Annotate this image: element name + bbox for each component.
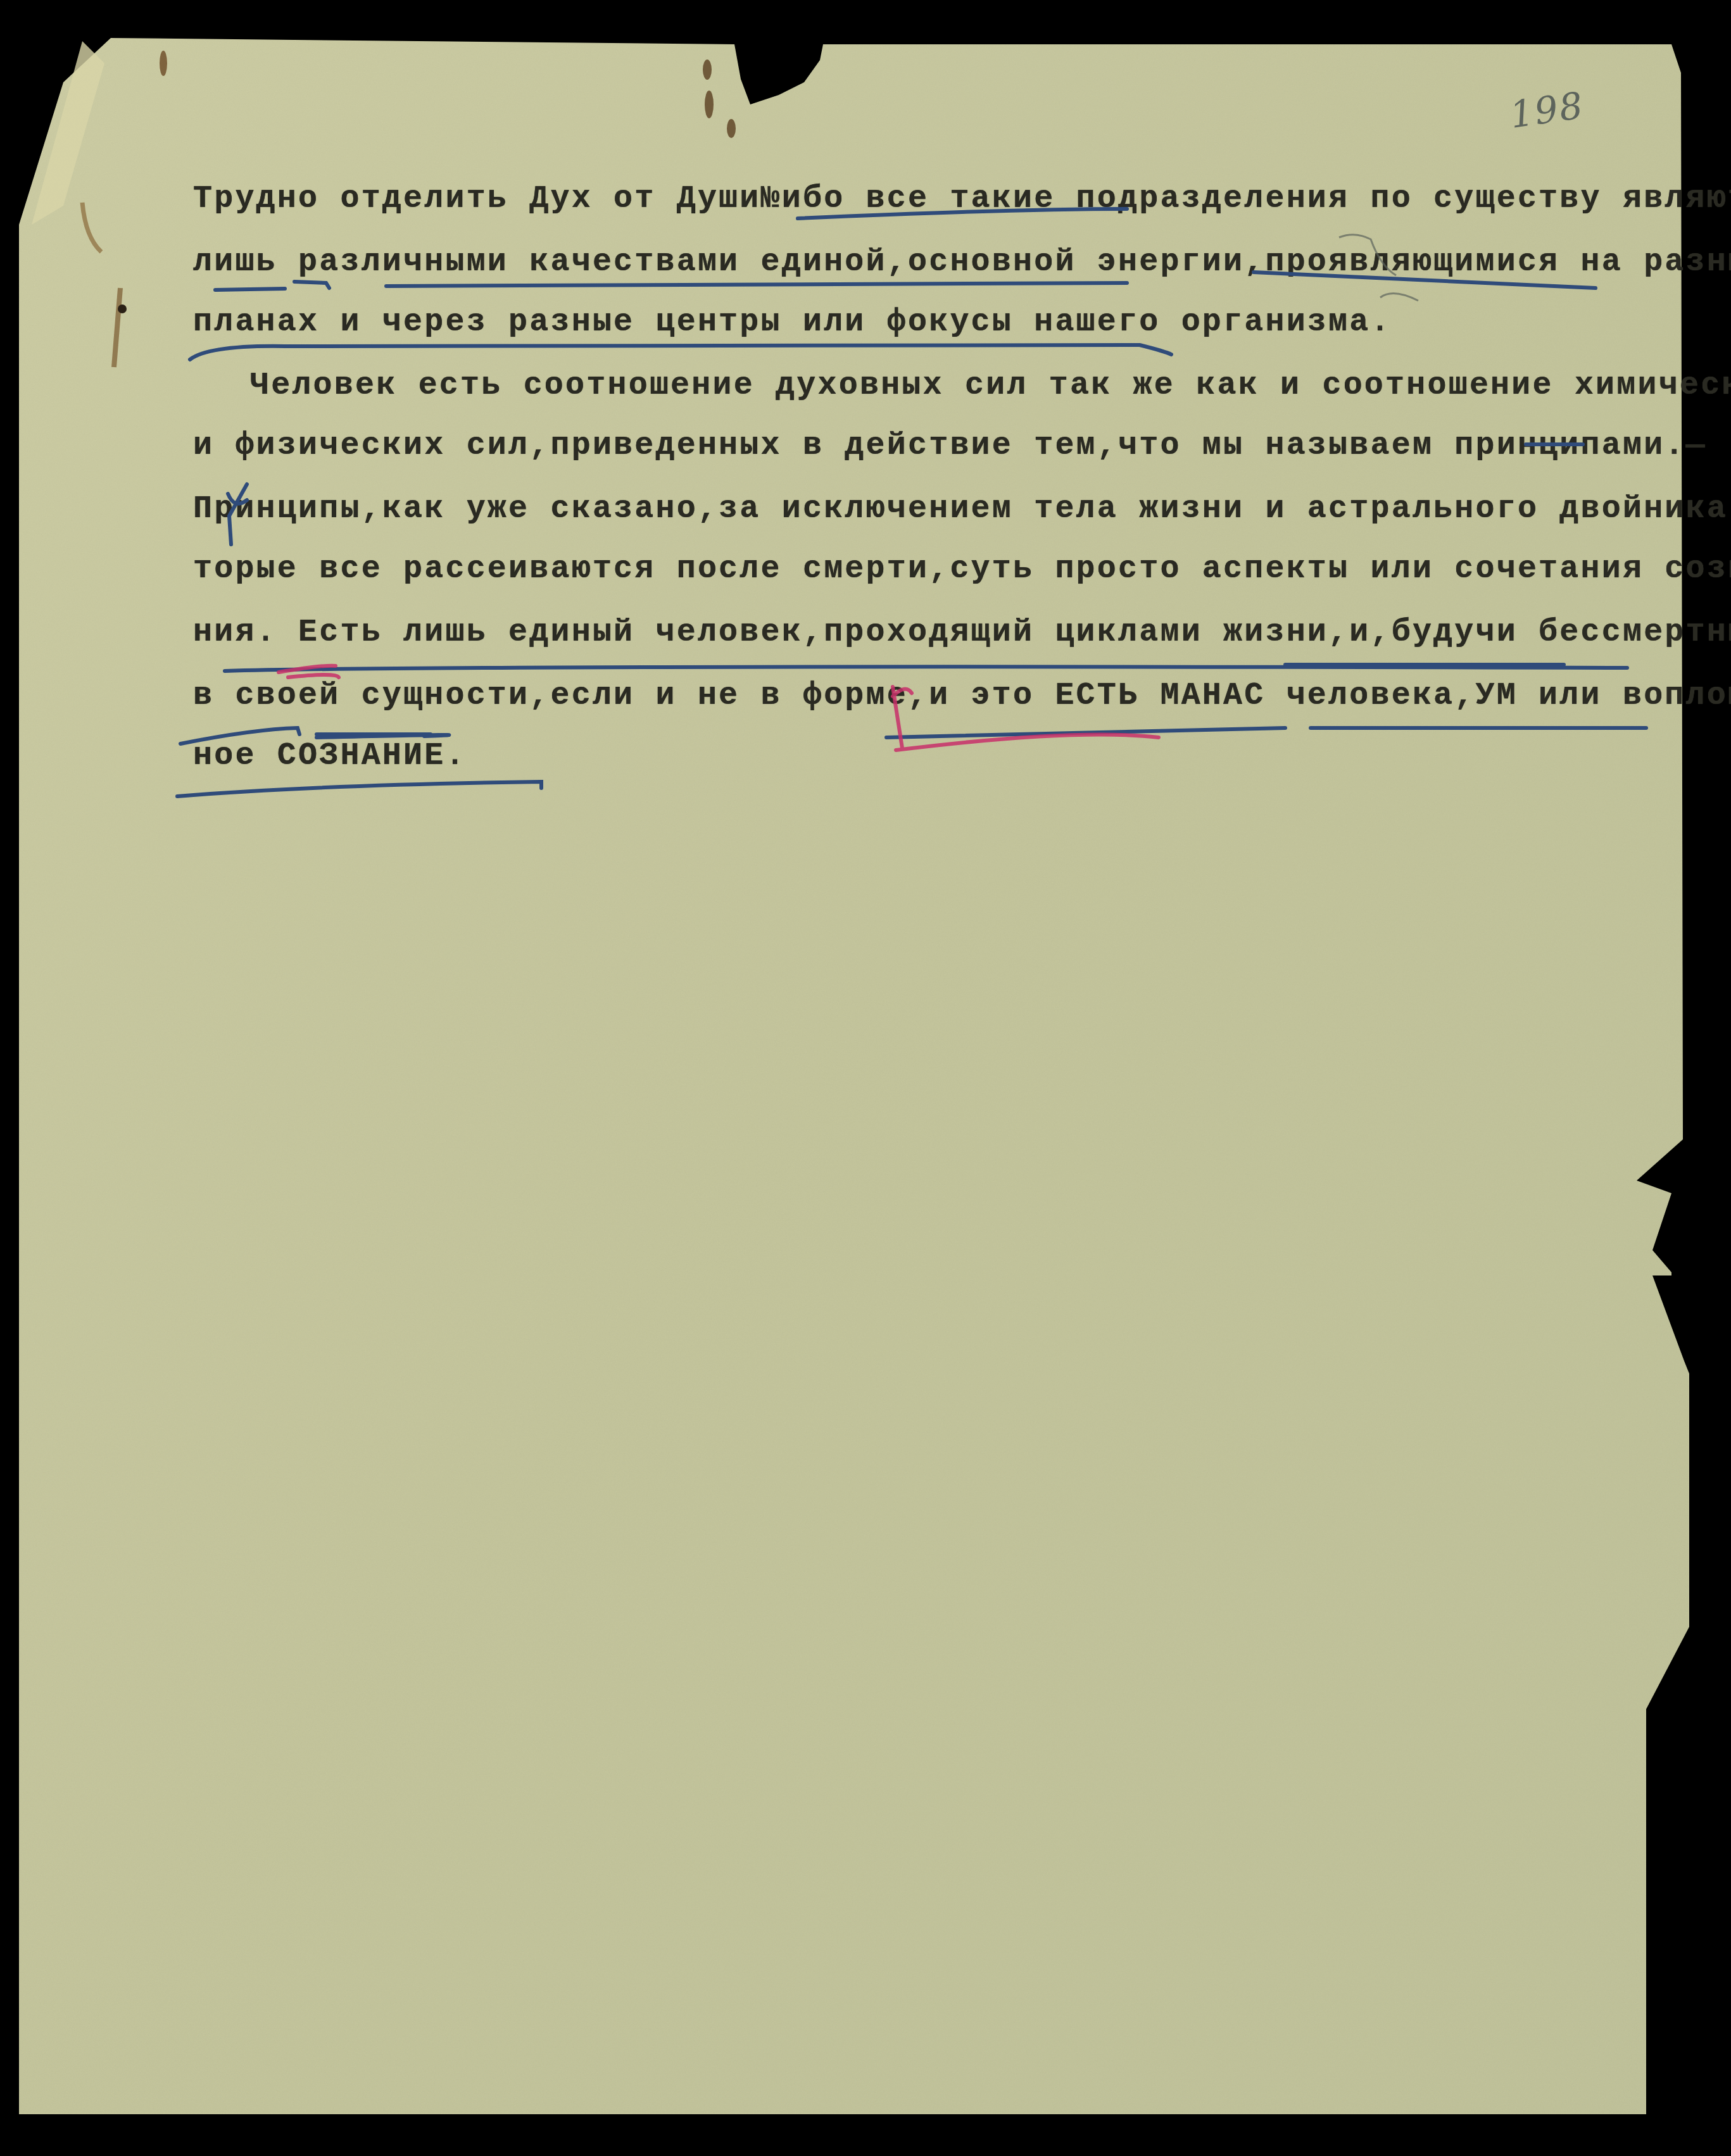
text-line: и физических сил,приведенных в действие … xyxy=(193,427,1707,465)
text-line: Человек есть соотношение духовных сил та… xyxy=(250,367,1731,405)
text-line: ное СОЗНАНИЕ. xyxy=(193,737,467,775)
text-line: в своей сущности,если и не в форме,и это… xyxy=(193,677,1731,715)
text-line: лишь различными качествами единой,основн… xyxy=(193,244,1731,282)
text-line: планах и через разные центры или фокусы … xyxy=(193,304,1392,342)
text-line: ния. Есть лишь единый человек,проходящий… xyxy=(193,614,1731,652)
text-line: Принципы,как уже сказано,за исключением … xyxy=(193,491,1731,529)
text-line: торые все рассеиваются после смерти,суть… xyxy=(193,551,1731,589)
text-line: Трудно отделить Дух от Души№ибо все таки… xyxy=(193,180,1731,218)
